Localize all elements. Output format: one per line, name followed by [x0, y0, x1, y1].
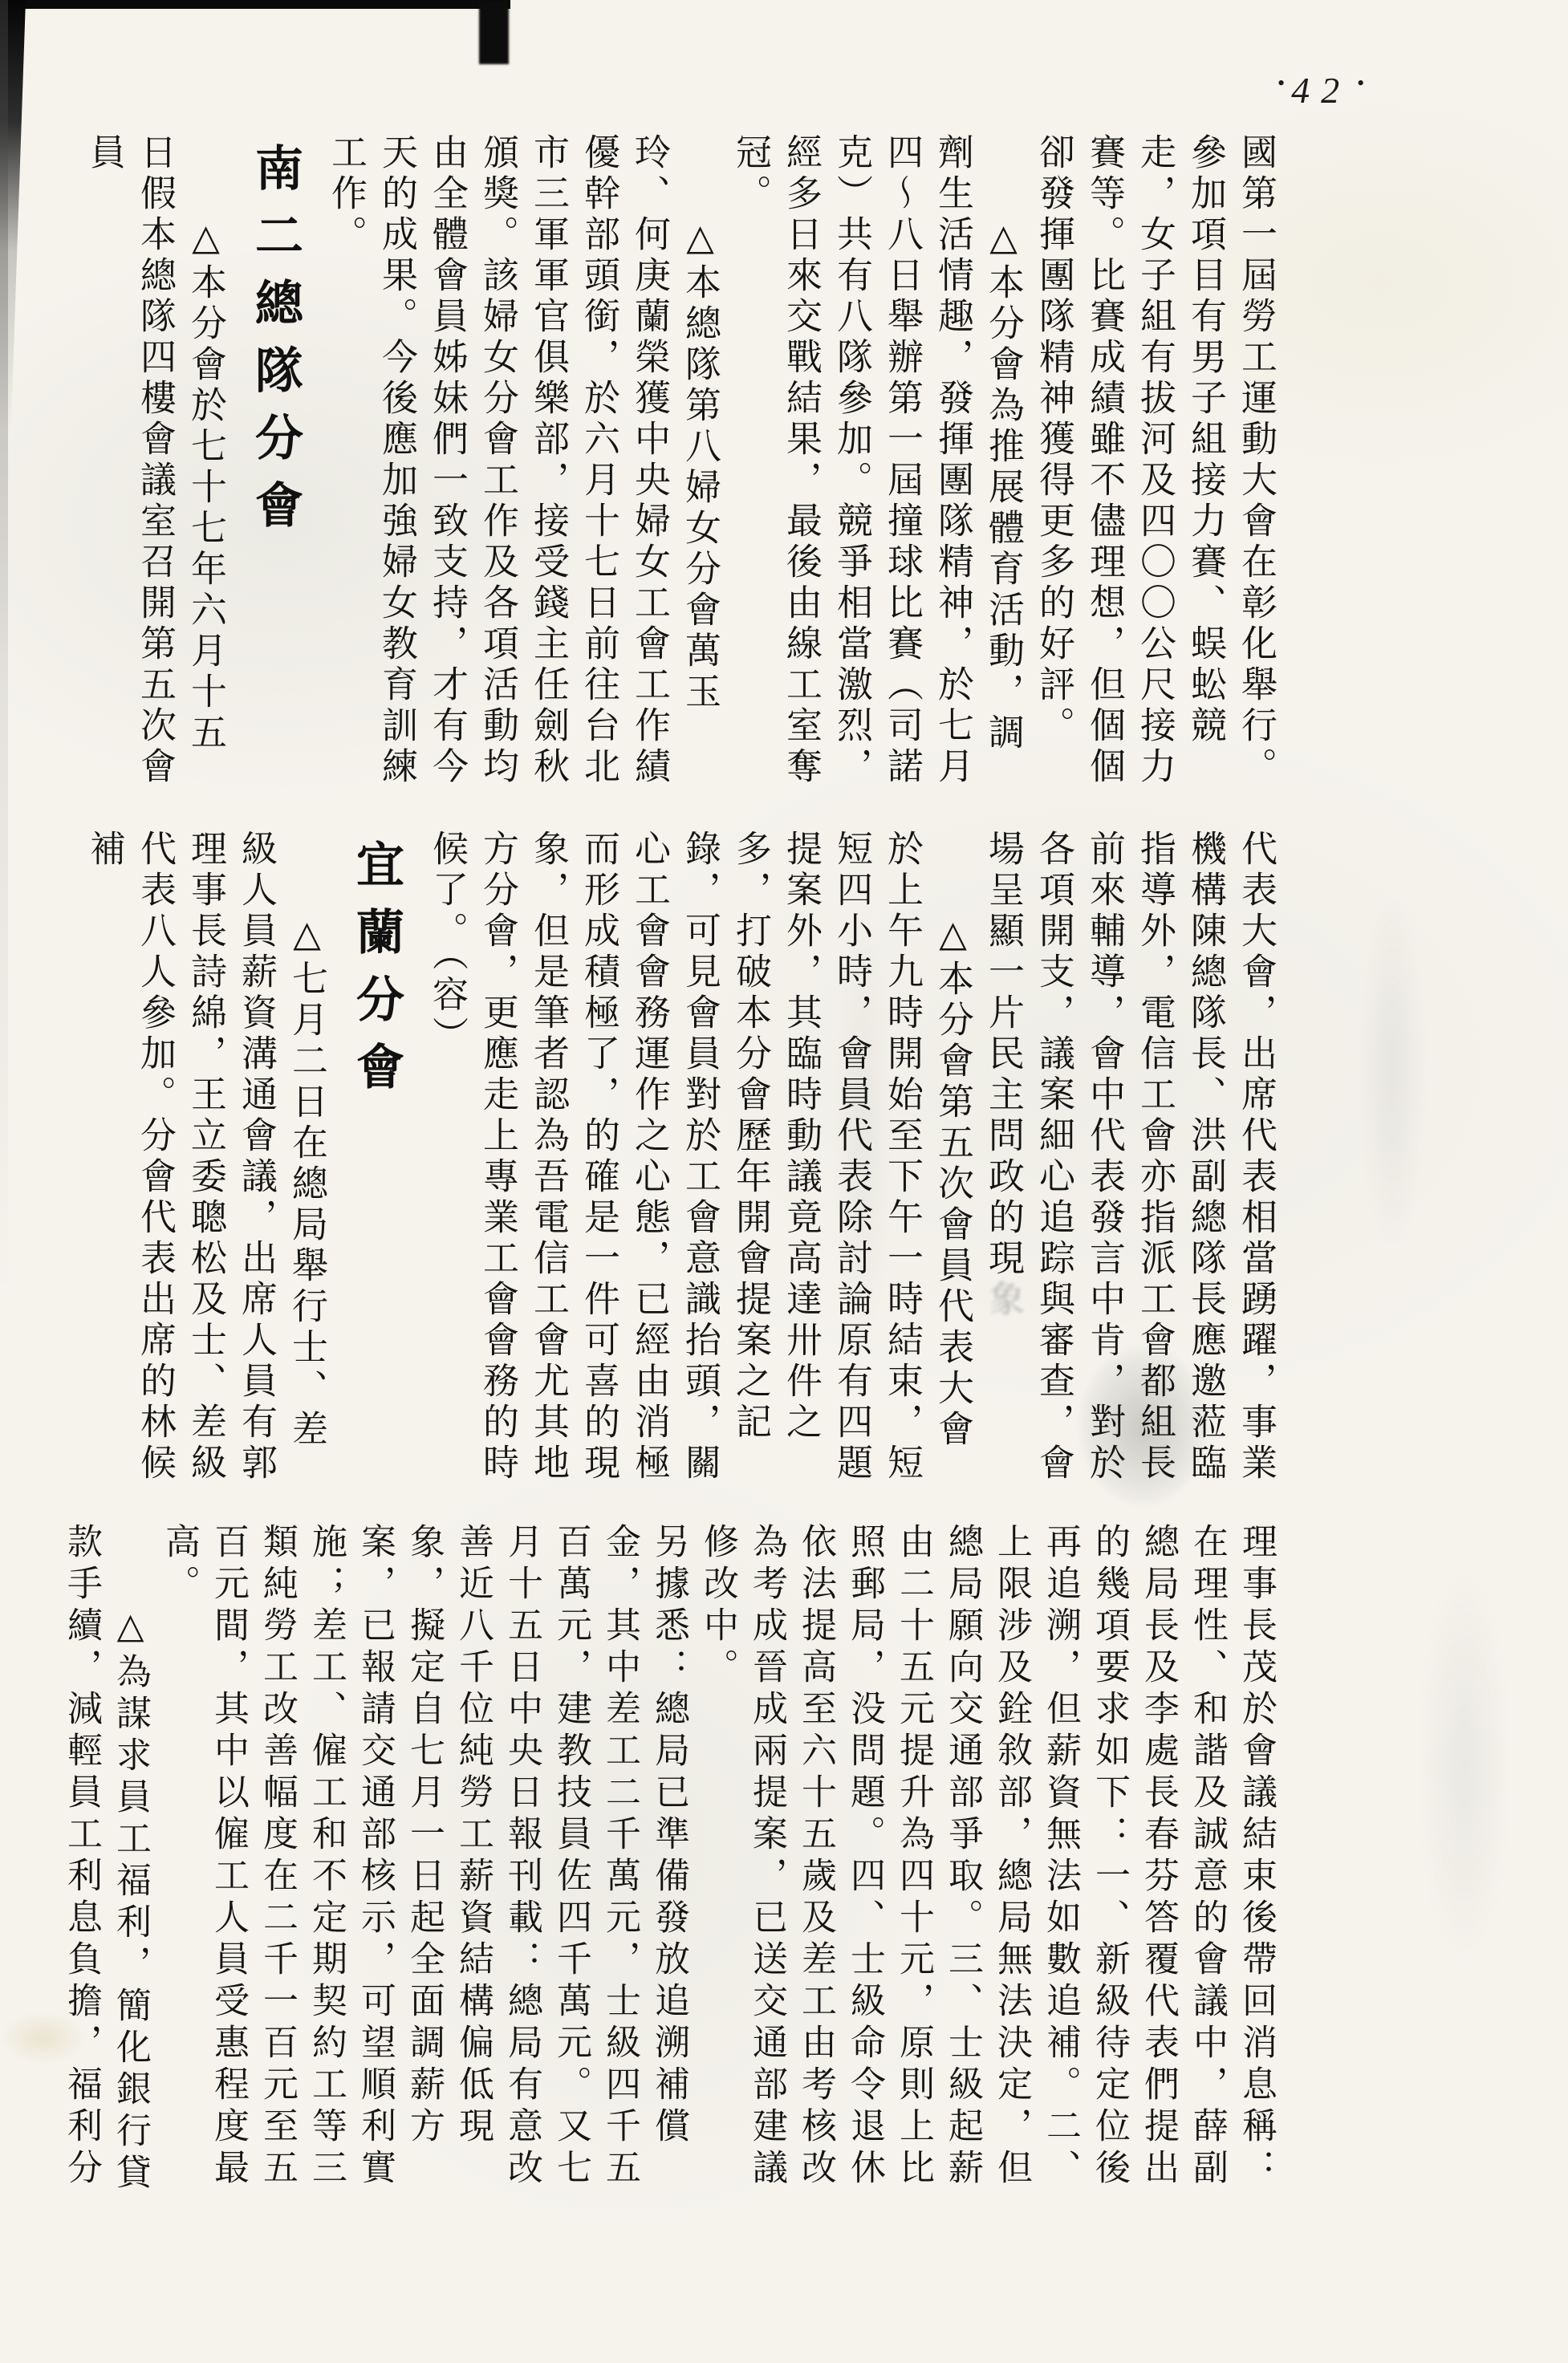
scan-artifact-left-edge [0, 0, 8, 1525]
page-number-dot-left: • [1271, 71, 1291, 95]
scan-artifact-top-bar [0, 0, 510, 9]
paragraph-south2-meeting-start: △本分會於七十七年六月十五日假本總隊四樓會議室召開第五次會員 [79, 133, 230, 791]
scanned-page: { "page": { "number": "42", "dot": "•" }… [0, 0, 1568, 2363]
middle-band: 代表大會，出席代表相當踴躍，事業機構陳總隊長、洪副總隊長應邀蒞臨指導外，電信工會… [79, 830, 1281, 1488]
section-header-south2-branch: 南二總隊分會 [238, 133, 312, 791]
section-header-yilan-branch: 宜蘭分會 [339, 830, 413, 1488]
top-band: 國第一屆勞工運動大會在彰化舉行。參加項目有男子組接力賽、蜈蚣競走，女子組有拔河及… [79, 133, 1281, 791]
paragraph-congress-main-text: 代表大會，出席代表相當踴躍，事業機構陳總隊長、洪副總隊長應邀蒞臨指導外，電信工會… [983, 830, 1276, 1484]
paragraph-congress-continuation: 代表大會，出席代表相當踴躍，事業機構陳總隊長、洪副總隊長應邀蒞臨指導外，電信工會… [977, 830, 1281, 1488]
paragraph-labor-games: 國第一屆勞工運動大會在彰化舉行。參加項目有男子組接力賽、蜈蚣競走，女子組有拔河及… [1028, 133, 1281, 791]
paragraph-meeting-results: 理事長茂於會議結束後帶回消息稱：在理性、和諧及誠意的會議中，薛副總局長及李處長春… [693, 1523, 1281, 2201]
faded-character: 象 [983, 1280, 1023, 1321]
paragraph-billiards-tournament: △本分會為推展體育活動，調劑生活情趣，發揮團隊精神，於七月四～八日舉辦第一屆撞球… [725, 133, 1028, 791]
paragraph-women-award: △本總隊第八婦女分會萬玉玲、何庚蘭榮獲中央婦女工會工作績優幹部頭銜，於六月十七日… [320, 133, 725, 791]
paragraph-compensation-news: 另據悉：總局已準備發放追溯補償金，其中差工二千萬元，士級四千五百萬元，建教技員佐… [155, 1523, 693, 2201]
scan-artifact-ink-bleed [1420, 1573, 1509, 1958]
paragraph-welfare-loan: △為謀求員工福利，簡化銀行貸款手續，減輕員工利息負擔，福利分 [57, 1523, 155, 2201]
bottom-band: 理事長茂於會議結束後帶回消息稱：在理性、和諧及誠意的會議中，薛副總局長及李處長春… [57, 1523, 1281, 2201]
page-number-value: 42 [1291, 70, 1351, 111]
scan-artifact-top-nub [479, 0, 509, 64]
page-number: •42• [1271, 69, 1371, 112]
paragraph-fifth-congress-commentary: △本分會第五次會員代表大會於上午九時開始至下午一時結束，短短四小時，會員代表除討… [421, 830, 977, 1488]
page-number-dot-right: • [1351, 71, 1371, 95]
scan-artifact-corner-shadow [0, 0, 26, 433]
paragraph-yilan-salary-meeting: △七月二日在總局舉行士、差級人員薪資溝通會議，出席人員有郭理事長詩綿，王立委聰松… [79, 830, 331, 1488]
scan-artifact-ink-bleed [1360, 899, 1424, 1244]
